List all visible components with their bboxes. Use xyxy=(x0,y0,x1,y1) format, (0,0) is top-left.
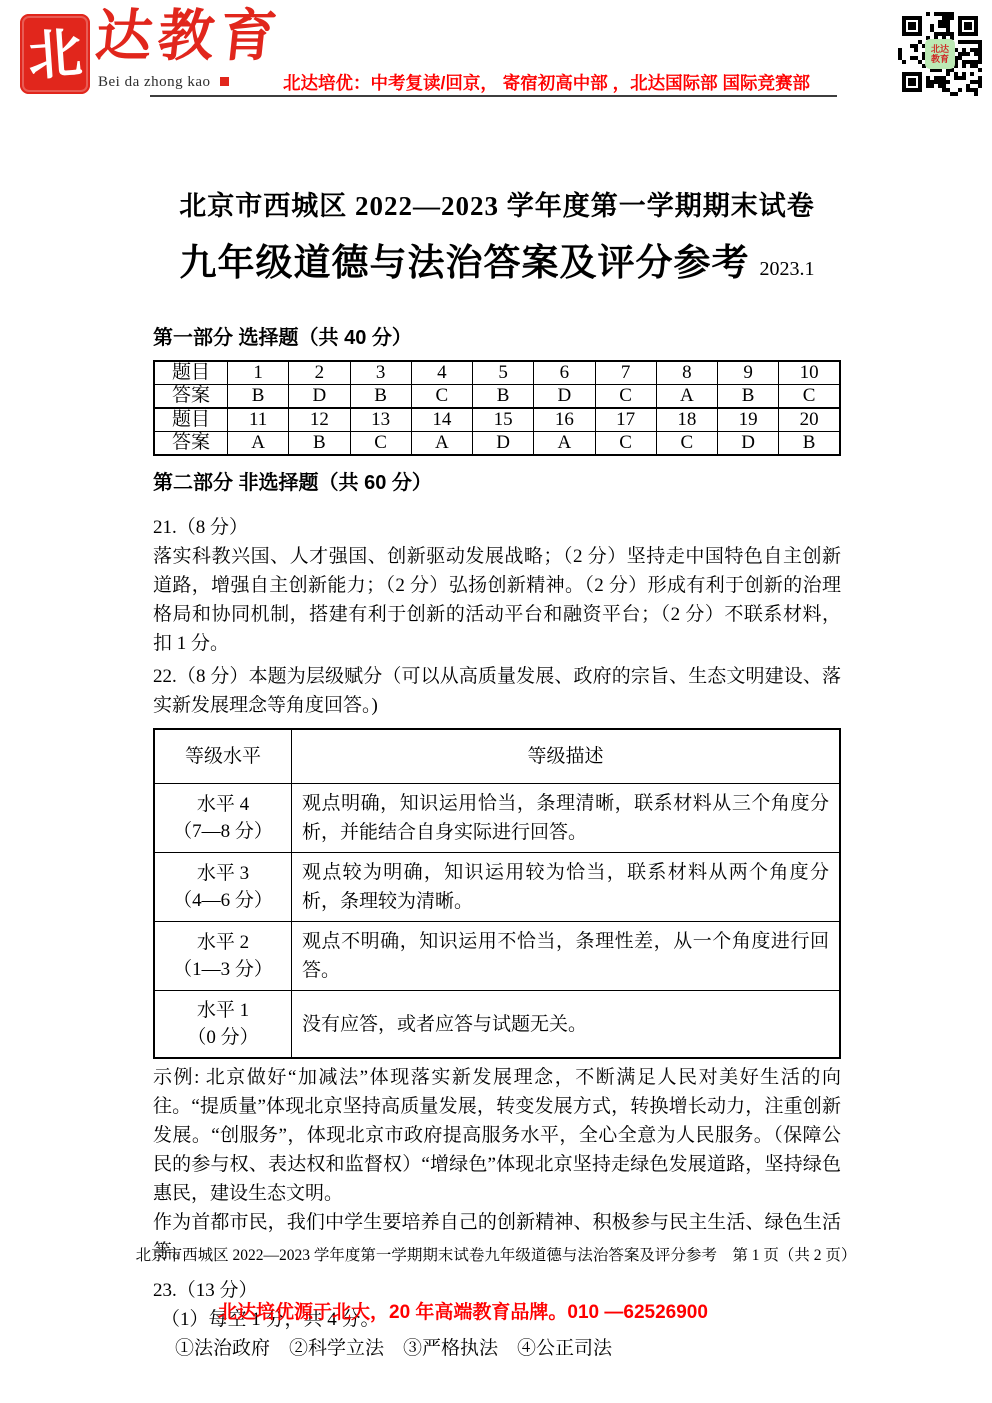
brand-latin-tagline: Bei da zhong kao xyxy=(98,74,229,91)
rubric-level-cell: 水平 4 （7—8 分） xyxy=(154,784,292,853)
level-name: 水平 2 xyxy=(157,929,289,956)
question21-answer: 落实科教兴国、人才强国、创新驱动发展战略；（2 分）坚持走中国特色自主创新道路，… xyxy=(153,542,841,658)
answer-cell: B xyxy=(289,432,350,456)
header-divider xyxy=(150,95,837,97)
level-name: 水平 1 xyxy=(157,997,289,1024)
answer-cell: A xyxy=(411,432,472,456)
question22-example: 示例: 北京做好“加减法”体现落实新发展理念，不断满足人民对美好生活的向往。“提… xyxy=(153,1063,841,1208)
date-label: 2023.1 xyxy=(760,258,815,280)
rubric-header-level: 等级水平 xyxy=(154,729,292,784)
level-name: 水平 3 xyxy=(157,860,289,887)
question-number-cell: 19 xyxy=(718,408,779,432)
question-number-cell: 3 xyxy=(350,361,411,385)
question-number-cell: 16 xyxy=(534,408,595,432)
answer-cell: C xyxy=(656,432,717,456)
level-range: （0 分） xyxy=(157,1024,289,1051)
answer-cell: B xyxy=(228,385,289,409)
question-number-cell: 1 xyxy=(228,361,289,385)
answer-cell: D xyxy=(534,385,595,409)
rubric-table: 等级水平 等级描述 水平 4 （7—8 分） 观点明确，知识运用恰当，条理清晰，… xyxy=(153,728,841,1059)
answer-cell: B xyxy=(718,385,779,409)
level-range: （4—6 分） xyxy=(157,887,289,914)
question-number-cell: 4 xyxy=(411,361,472,385)
footer-page-info: 北京市西城区 2022—2023 学年度第一学期期末试卷九年级道德与法治答案及评… xyxy=(0,1243,992,1265)
question-number-cell: 11 xyxy=(228,408,289,432)
answer-cell: D xyxy=(718,432,779,456)
table-row: 题目 1 2 3 4 5 6 7 8 9 10 xyxy=(154,361,840,385)
qr-badge-line2: 教育 xyxy=(931,54,949,64)
answer-cell: A xyxy=(534,432,595,456)
table-row: 水平 1 （0 分） 没有应答，或者应答与试题无关。 xyxy=(154,991,840,1059)
question22-intro: 22.（8 分）本题为层级赋分（可以从高质量发展、政府的宗旨、生态文明建设、落实… xyxy=(153,662,841,720)
answer-cell: B xyxy=(350,385,411,409)
question-number-cell: 2 xyxy=(289,361,350,385)
row-label-cell: 答案 xyxy=(154,432,228,456)
answer-cell: B xyxy=(473,385,534,409)
document-page: 北 达教育 Bei da zhong kao 北达培优：中考复读/回京， 寄宿初… xyxy=(0,0,992,1403)
red-square-icon xyxy=(220,77,229,86)
answer-cell: C xyxy=(595,432,656,456)
table-row: 等级水平 等级描述 xyxy=(154,729,840,784)
brand-seal-icon: 北 xyxy=(20,14,90,94)
row-label-cell: 答案 xyxy=(154,385,228,409)
question-number-cell: 9 xyxy=(718,361,779,385)
question-number-cell: 8 xyxy=(656,361,717,385)
table-row: 题目 11 12 13 14 15 16 17 18 19 20 xyxy=(154,408,840,432)
qr-center-badge: 北达 教育 xyxy=(925,39,955,69)
row-label-cell: 题目 xyxy=(154,361,228,385)
answer-cell: C xyxy=(595,385,656,409)
answer-cell: C xyxy=(411,385,472,409)
document-body: 北京市西城区 2022—2023 学年度第一学期期末试卷 九年级道德与法治答案及… xyxy=(153,188,841,1363)
table-row: 答案 A B C A D A C C D B xyxy=(154,432,840,456)
rubric-desc-cell: 观点明确，知识运用恰当，条理清晰，联系材料从三个角度分析，并能结合自身实际进行回… xyxy=(292,784,841,853)
footer-contact: 北达培优源于北大，20 年高端教育品牌。010 —62526900 xyxy=(218,1297,708,1324)
table-row: 答案 B D B C B D C A B C xyxy=(154,385,840,409)
qr-finder-icon xyxy=(958,16,978,36)
answer-table: 题目 1 2 3 4 5 6 7 8 9 10 答案 B D B C B D C xyxy=(153,360,841,456)
question-number-cell: 12 xyxy=(289,408,350,432)
qr-badge-line1: 北达 xyxy=(931,44,949,54)
answer-cell: C xyxy=(350,432,411,456)
qr-code: 北达 教育 xyxy=(894,8,986,100)
answer-cell: D xyxy=(289,385,350,409)
qr-finder-icon xyxy=(902,72,922,92)
table-row: 水平 2 （1—3 分） 观点不明确，知识运用不恰当，条理性差，从一个角度进行回… xyxy=(154,922,840,991)
question21-label: 21.（8 分） xyxy=(153,513,841,542)
answer-cell: C xyxy=(779,385,840,409)
rubric-desc-cell: 没有应答，或者应答与试题无关。 xyxy=(292,991,841,1059)
table-row: 水平 4 （7—8 分） 观点明确，知识运用恰当，条理清晰，联系材料从三个角度分… xyxy=(154,784,840,853)
answer-cell: D xyxy=(473,432,534,456)
question-number-cell: 14 xyxy=(411,408,472,432)
tagline-text: Bei da zhong kao xyxy=(98,74,211,90)
level-range: （7—8 分） xyxy=(157,818,289,845)
question-number-cell: 5 xyxy=(473,361,534,385)
row-label-cell: 题目 xyxy=(154,408,228,432)
brand-calligraphy: 达教育 xyxy=(93,6,269,68)
rubric-desc-cell: 观点不明确，知识运用不恰当，条理性差，从一个角度进行回答。 xyxy=(292,922,841,991)
question-number-cell: 17 xyxy=(595,408,656,432)
part1-heading: 第一部分 选择题（共 40 分） xyxy=(153,325,841,352)
rubric-desc-cell: 观点较为明确，知识运用较为恰当，联系材料从两个角度分析，条理较为清晰。 xyxy=(292,853,841,922)
question-number-cell: 20 xyxy=(779,408,840,432)
question-number-cell: 6 xyxy=(534,361,595,385)
subject-title-text: 九年级道德与法治答案及评分参考 xyxy=(180,242,750,283)
rubric-level-cell: 水平 1 （0 分） xyxy=(154,991,292,1059)
exam-title: 北京市西城区 2022—2023 学年度第一学期期末试卷 xyxy=(153,188,841,224)
rubric-header-desc: 等级描述 xyxy=(292,729,841,784)
header-slogan: 北达培优：中考复读/回京， 寄宿初高中部 ，北达国际部 国际竞赛部 xyxy=(283,70,839,95)
subject-title: 九年级道德与法治答案及评分参考2023.1 xyxy=(153,239,841,293)
rubric-level-cell: 水平 3 （4—6 分） xyxy=(154,853,292,922)
question-number-cell: 18 xyxy=(656,408,717,432)
seal-character: 北 xyxy=(26,25,84,83)
question-number-cell: 7 xyxy=(595,361,656,385)
part2-heading: 第二部分 非选择题（共 60 分） xyxy=(153,470,841,497)
question-number-cell: 13 xyxy=(350,408,411,432)
question-number-cell: 10 xyxy=(779,361,840,385)
qr-finder-icon xyxy=(902,16,922,36)
table-row: 水平 3 （4—6 分） 观点较为明确，知识运用较为恰当，联系材料从两个角度分析… xyxy=(154,853,840,922)
level-name: 水平 4 xyxy=(157,791,289,818)
question-number-cell: 15 xyxy=(473,408,534,432)
answer-cell: B xyxy=(779,432,840,456)
answer-cell: A xyxy=(228,432,289,456)
question23-answers1: ①法治政府 ②科学立法 ③严格执法 ④公正司法 xyxy=(175,1334,841,1363)
rubric-level-cell: 水平 2 （1—3 分） xyxy=(154,922,292,991)
answer-cell: A xyxy=(656,385,717,409)
level-range: （1—3 分） xyxy=(157,956,289,983)
